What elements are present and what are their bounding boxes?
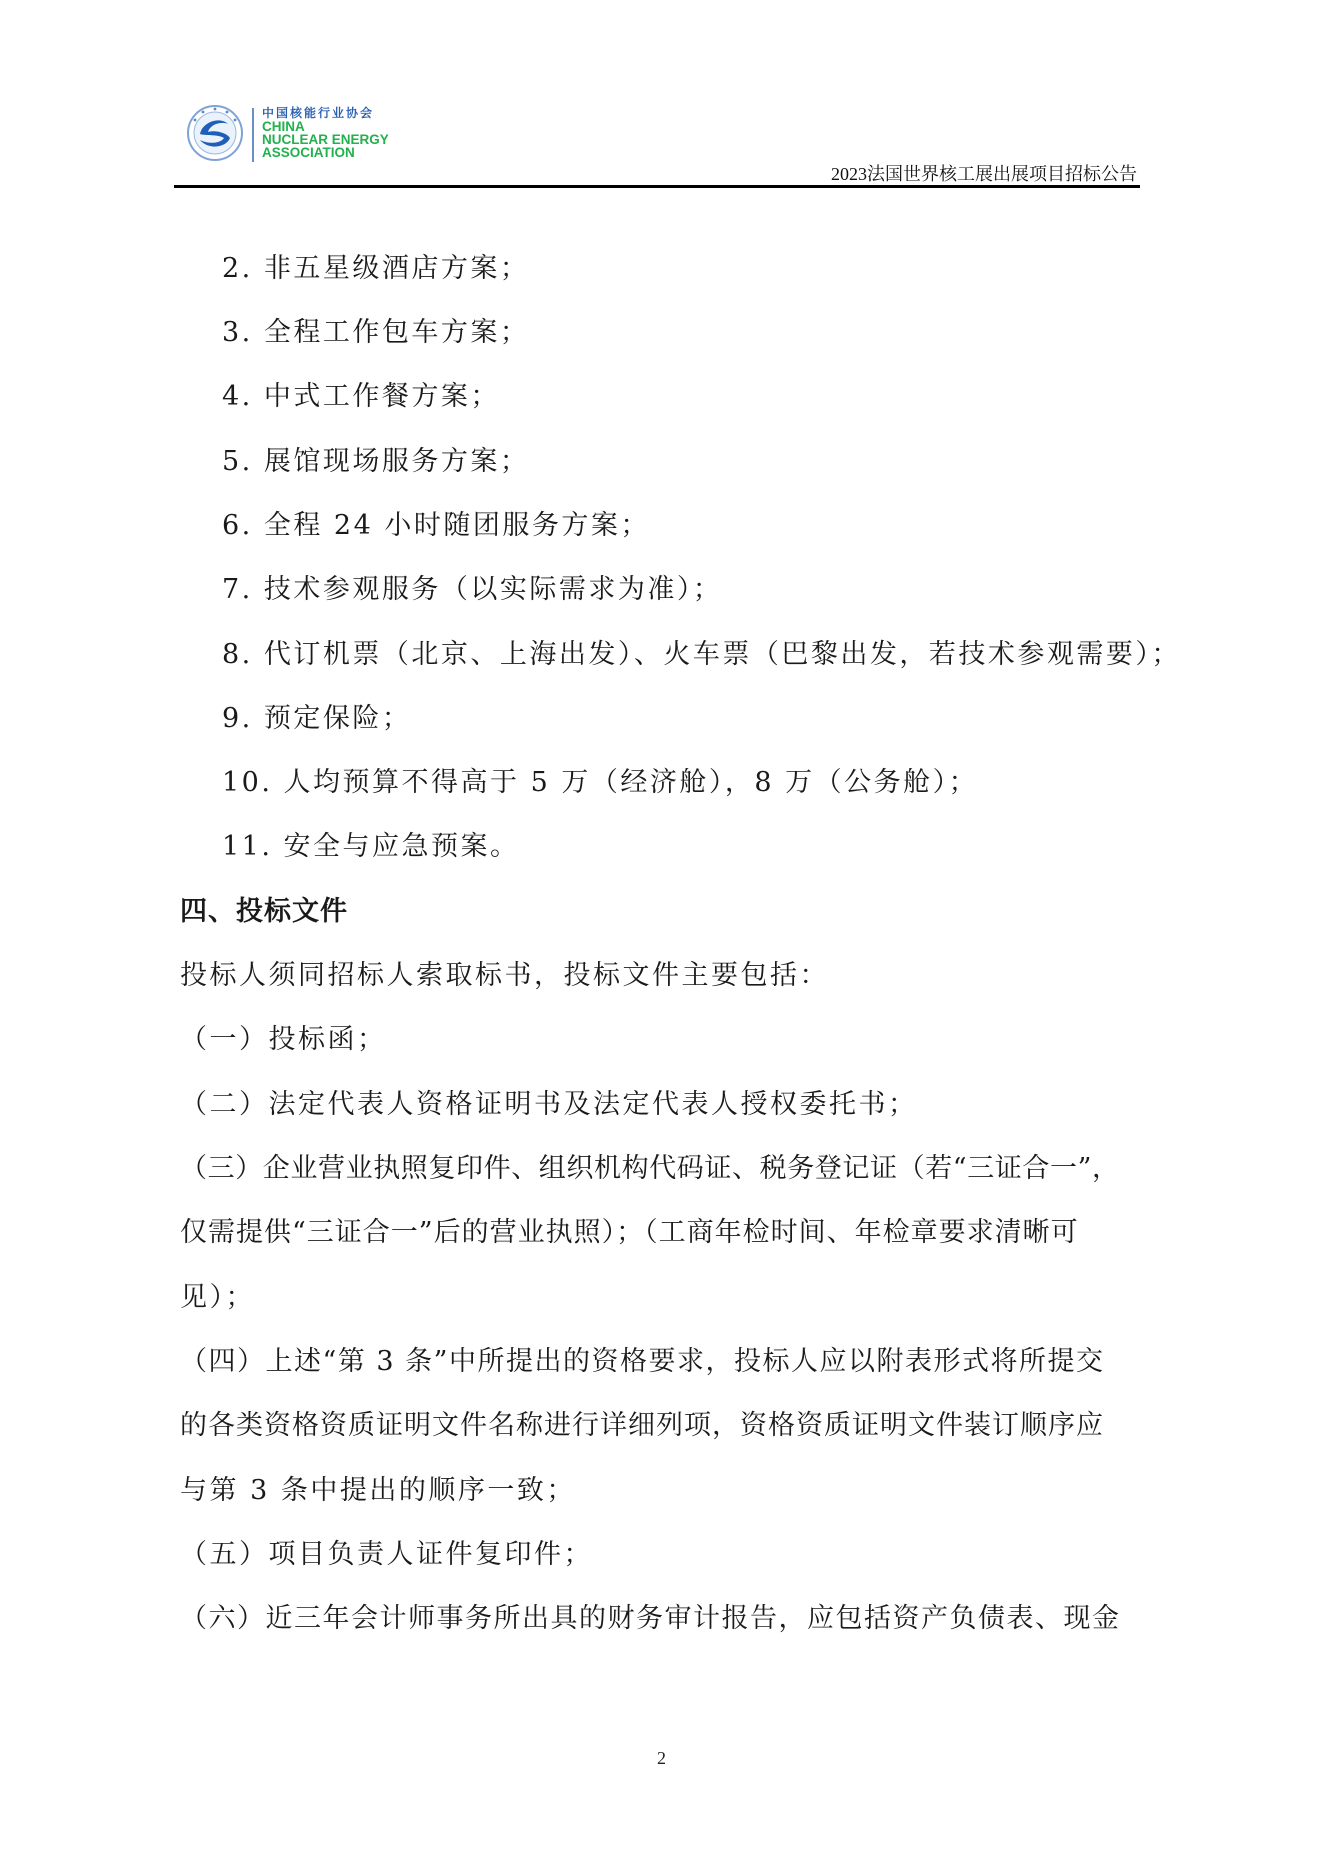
- document-item: （五）项目负责人证件复印件；: [180, 1538, 593, 1572]
- document-item: （一）投标函；: [180, 1023, 387, 1057]
- association-logo: 中国核能行业协会 CHINA NUCLEAR ENERGY ASSOCIATIO…: [186, 104, 416, 168]
- logo-name-en-3: ASSOCIATION: [262, 146, 389, 159]
- list-item: 10. 人均预算不得高于 5 万（经济舱），8 万（公务舱）；: [222, 766, 978, 800]
- list-item: 3. 全程工作包车方案；: [222, 316, 529, 350]
- document-item: （四）上述“第 3 条”中所提出的资格要求，投标人应以附表形式将所提交: [180, 1345, 1104, 1379]
- list-item: 8. 代订机票（北京、上海出发）、火车票（巴黎出发，若技术参观需要）；: [222, 638, 1181, 672]
- logo-divider: [252, 108, 254, 162]
- document-title: 2023法国世界核工展出展项目招标公告: [831, 160, 1137, 186]
- document-item-continued: 见）；: [180, 1281, 255, 1315]
- list-item: 6. 全程 24 小时随团服务方案；: [222, 509, 650, 543]
- list-item: 2. 非五星级酒店方案；: [222, 252, 529, 286]
- logo-name-cn: 中国核能行业协会: [262, 106, 389, 120]
- document-item-continued: 仅需提供“三证合一”后的营业执照）；（工商年检时间、年检章要求清晰可: [180, 1216, 1079, 1250]
- document-item: （三）企业营业执照复印件、组织机构代码证、税务登记证（若“三证合一”，: [180, 1152, 1120, 1186]
- cnea-emblem-icon: [186, 104, 244, 162]
- document-item: （二）法定代表人资格证明书及法定代表人授权委托书；: [180, 1088, 918, 1122]
- list-item: 9. 预定保险；: [222, 702, 411, 736]
- document-item-continued: 与第 3 条中提出的顺序一致；: [180, 1474, 576, 1508]
- list-item: 7. 技术参观服务（以实际需求为准）；: [222, 573, 722, 607]
- list-item: 11. 安全与应急预案。: [222, 830, 520, 864]
- document-item-continued: 的各类资格资质证明文件名称进行详细列项，资格资质证明文件装订顺序应: [180, 1409, 1104, 1443]
- list-item: 4. 中式工作餐方案；: [222, 380, 500, 414]
- header-divider: [174, 185, 1140, 188]
- list-item: 5. 展馆现场服务方案；: [222, 445, 529, 479]
- page-number: 2: [0, 1748, 1323, 1769]
- section-heading: 四、投标文件: [180, 895, 348, 929]
- page-header: 中国核能行业协会 CHINA NUCLEAR ENERGY ASSOCIATIO…: [0, 0, 1323, 200]
- section-intro: 投标人须同招标人索取标书，投标文件主要包括：: [180, 959, 829, 993]
- logo-text: 中国核能行业协会 CHINA NUCLEAR ENERGY ASSOCIATIO…: [262, 106, 389, 159]
- document-item: （六）近三年会计师事务所出具的财务审计报告，应包括资产负债表、现金: [180, 1602, 1121, 1636]
